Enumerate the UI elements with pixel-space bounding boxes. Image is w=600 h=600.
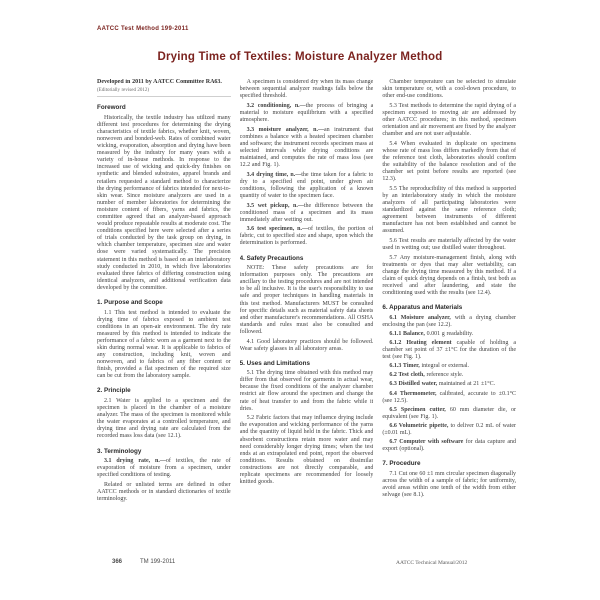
paragraph-5-1: 5.1 The drying time obtained with this m… xyxy=(240,370,374,413)
continued-paragraph: A specimen is considered dry when its ma… xyxy=(240,79,374,100)
apparatus-item-6-3-text: maintained at 21 ±1°C. xyxy=(437,381,495,387)
credit-line: Developed in 2011 by AATCC Committee RA6… xyxy=(97,79,231,86)
apparatus-item-6-1-2-name: 6.1.2 Heating element xyxy=(389,340,451,346)
definition-3-5-term: 3.5 wet pickup, n.— xyxy=(247,203,304,209)
apparatus-item-6-1-1-name: 6.1.1 Balance, xyxy=(389,331,425,337)
definition-3-2-term: 3.2 conditioning, n.— xyxy=(247,103,306,109)
credit-note: (Editorially revised 2012) xyxy=(97,87,231,97)
definition-3-4-term: 3.4 drying time, n.— xyxy=(247,172,302,178)
definition-3-1-term: 3.1 drying rate, n.— xyxy=(104,458,166,464)
section-heading-4-safety-precautions: 4. Safety Precautions xyxy=(240,255,374,262)
column-3: Chamber temperature can be selected to s… xyxy=(382,79,516,555)
paragraph-5-5: 5.5 The reproducibility of this method i… xyxy=(382,186,516,236)
definition-3-3: 3.3 moisture analyzer, n.—an instrument … xyxy=(240,127,374,170)
paragraph-7-1: 7.1 Cut one 60 ±1 mm circular specimen d… xyxy=(382,471,516,499)
section-heading-foreword: Foreword xyxy=(97,104,231,111)
section-heading-3-terminology: 3. Terminology xyxy=(97,448,231,455)
page-title: Drying Time of Textiles: Moisture Analyz… xyxy=(0,51,600,63)
column-1: Developed in 2011 by AATCC Committee RA6… xyxy=(97,79,231,555)
definition-3-5: 3.5 wet pickup, n.—the difference betwee… xyxy=(240,203,374,224)
apparatus-item-6-4: 6.4 Thermometer, calibrated, accurate to… xyxy=(382,391,516,405)
foreword-paragraph: Historically, the textile industry has u… xyxy=(97,115,231,292)
definition-3-3-term: 3.3 moisture analyzer, n.— xyxy=(247,127,324,133)
definition-3-3-text: an instrument that combines a balance wi… xyxy=(240,127,374,168)
apparatus-list: 6.1 Moisture analyzer, with a drying cha… xyxy=(382,315,516,454)
column-2: A specimen is considered dry when its ma… xyxy=(240,79,374,555)
terminology-note: Related or unlisted terms are defined in… xyxy=(97,482,231,503)
definition-3-4: 3.4 drying time, n.—the time taken for a… xyxy=(240,172,374,200)
definition-3-1: 3.1 drying rate, n.—of textiles, the rat… xyxy=(97,458,231,479)
footer-left: 366TM 199-2011 xyxy=(112,559,175,565)
apparatus-item-6-7-name: 6.7 Computer with software xyxy=(389,439,463,445)
section-heading-2-principle: 2. Principle xyxy=(97,387,231,394)
paragraph-2-1: 2.1 Water is applied to a specimen and t… xyxy=(97,398,231,441)
apparatus-item-6-2-text: reference style. xyxy=(425,372,464,378)
footer-method-ref: TM 199-2011 xyxy=(140,559,175,565)
apparatus-item-6-6: 6.6 Volumetric pipette, to deliver 0.2 m… xyxy=(382,423,516,437)
document-header-method-number: AATCC Test Method 199-2011 xyxy=(97,26,189,32)
apparatus-item-6-1-3-text: integral or external. xyxy=(420,363,469,369)
footer-manual-reference: AATCC Technical Manual/2012 xyxy=(396,560,467,566)
section-heading-6-apparatus-and-materials: 6. Apparatus and Materials xyxy=(382,304,516,311)
definition-3-6: 3.6 test specimen, n.—of textiles, the p… xyxy=(240,226,374,247)
apparatus-item-6-5-name: 6.5 Specimen cutter, xyxy=(389,407,445,413)
document-page: AATCC Test Method 199-2011 Drying Time o… xyxy=(0,0,600,600)
apparatus-item-6-2-name: 6.2 Test cloth, xyxy=(389,372,424,378)
apparatus-item-6-5: 6.5 Specimen cutter, 60 mm diameter die,… xyxy=(382,407,516,421)
apparatus-item-6-6-name: 6.6 Volumetric pipette, xyxy=(389,423,448,429)
continued-paragraph-2: Chamber temperature can be selected to s… xyxy=(382,79,516,100)
apparatus-item-6-3-name: 6.3 Distilled water, xyxy=(389,381,437,387)
apparatus-item-6-1-3: 6.1.3 Timer, integral or external. xyxy=(382,363,516,370)
apparatus-item-6-1-3-name: 6.1.3 Timer, xyxy=(389,363,419,369)
paragraph-4-1: 4.1 Good laboratory practices should be … xyxy=(240,339,374,353)
definition-3-2: 3.2 conditioning, n.—the process of brin… xyxy=(240,103,374,124)
apparatus-item-6-1-1-text: 0.001 g readability. xyxy=(425,331,473,337)
apparatus-item-6-2: 6.2 Test cloth, reference style. xyxy=(382,372,516,379)
safety-note-paragraph: NOTE: These safety precautions are for i… xyxy=(240,265,374,336)
section-heading-7-procedure: 7. Procedure xyxy=(382,460,516,467)
apparatus-item-6-1-2: 6.1.2 Heating element capable of holding… xyxy=(382,340,516,361)
paragraph-5-3: 5.3 Test methods to determine the rapid … xyxy=(382,103,516,138)
paragraph-5-7: 5.7 Any moisture-management finish, alon… xyxy=(382,255,516,298)
section-heading-5-uses-and-limitations: 5. Uses and Limitations xyxy=(240,360,374,367)
footer-page-number: 366 xyxy=(112,559,122,565)
definition-3-6-term: 3.6 test specimen, n.— xyxy=(247,226,308,232)
apparatus-item-6-1-1: 6.1.1 Balance, 0.001 g readability. xyxy=(382,331,516,338)
apparatus-item-6-1: 6.1 Moisture analyzer, with a drying cha… xyxy=(382,315,516,329)
section-heading-1-purpose-and-scope: 1. Purpose and Scope xyxy=(97,299,231,306)
apparatus-item-6-7: 6.7 Computer with software for data capt… xyxy=(382,439,516,453)
apparatus-item-6-1-name: 6.1 Moisture analyzer, xyxy=(389,315,450,321)
paragraph-1-1: 1.1 This test method is intended to eval… xyxy=(97,310,231,381)
document-columns: Developed in 2011 by AATCC Committee RA6… xyxy=(97,79,516,555)
apparatus-item-6-4-name: 6.4 Thermometer, xyxy=(389,391,436,397)
apparatus-item-6-3: 6.3 Distilled water, maintained at 21 ±1… xyxy=(382,381,516,388)
paragraph-5-6: 5.6 Test results are materially affected… xyxy=(382,238,516,252)
paragraph-5-2: 5.2 Fabric factors that may influence dr… xyxy=(240,415,374,486)
paragraph-5-4: 5.4 When evaluated in duplicate on speci… xyxy=(382,141,516,184)
